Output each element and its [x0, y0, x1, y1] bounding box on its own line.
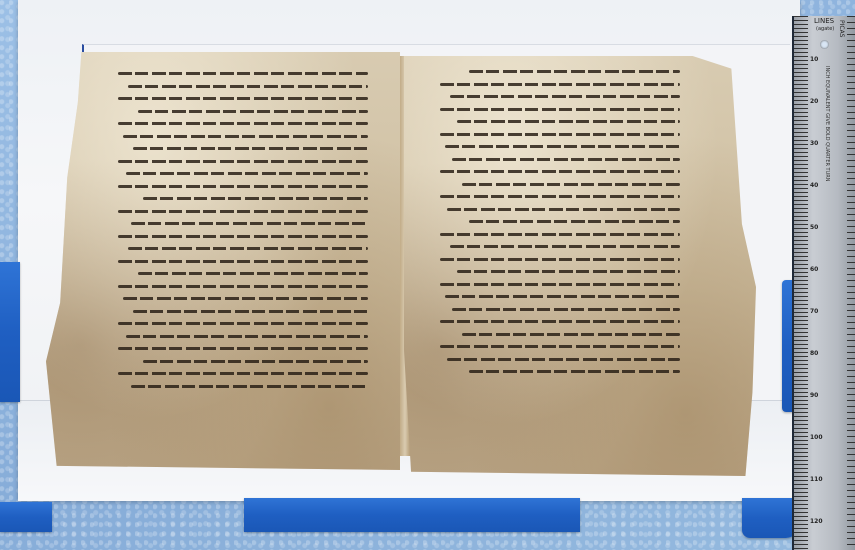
script-line	[450, 95, 680, 98]
ruler-vertical-text: INCH EQUIVALENT GIVE BOLD QUARTER TURN	[824, 66, 830, 182]
script-line	[462, 183, 680, 186]
ruler-number: 20	[810, 98, 818, 105]
script-lines-left	[118, 72, 368, 388]
tape-bottom-left	[0, 502, 52, 532]
script-line	[452, 158, 680, 161]
script-line	[118, 72, 368, 75]
script-line	[123, 135, 368, 138]
script-line	[118, 160, 368, 163]
script-line	[462, 333, 680, 336]
ruler-number: 80	[810, 350, 818, 357]
script-line	[457, 120, 680, 123]
script-line	[118, 322, 368, 325]
script-line	[128, 85, 368, 88]
ruler-ticks-right	[847, 16, 855, 550]
script-line	[118, 260, 368, 263]
script-line	[440, 345, 680, 348]
script-line	[118, 235, 368, 238]
ruler-number: 120	[810, 518, 823, 525]
script-line	[118, 372, 368, 375]
script-line	[143, 197, 368, 200]
script-line	[126, 172, 369, 175]
script-line	[118, 347, 368, 350]
script-line	[440, 233, 680, 236]
script-line	[118, 185, 368, 188]
script-line	[445, 295, 680, 298]
script-line	[440, 258, 680, 261]
script-line	[128, 247, 368, 250]
ruler-number: 30	[810, 140, 818, 147]
script-line	[469, 70, 680, 73]
script-line	[133, 147, 368, 150]
ruler-number: 40	[810, 182, 818, 189]
ruler-number: 110	[810, 476, 823, 483]
script-line	[440, 195, 680, 198]
script-line	[118, 97, 368, 100]
ruler-label-picas: PICAS	[838, 20, 845, 38]
script-line	[123, 297, 368, 300]
tape-bottom	[244, 498, 580, 532]
ruler-number: 90	[810, 392, 818, 399]
script-lines-right	[440, 70, 680, 373]
ruler-number: 100	[810, 434, 823, 441]
ruler-label-lines: LINES	[814, 18, 834, 25]
ruler-hang-hole	[820, 40, 829, 49]
ruler-number: 60	[810, 266, 818, 273]
script-line	[469, 220, 680, 223]
script-line	[138, 272, 368, 275]
script-line	[133, 310, 368, 313]
metal-ruler: LINES (agate) PICAS INCH EQUIVALENT GIVE…	[792, 16, 855, 550]
script-line	[457, 270, 680, 273]
script-line	[445, 145, 680, 148]
ruler-number: 70	[810, 308, 818, 315]
script-line	[440, 320, 680, 323]
script-line	[138, 110, 368, 113]
script-line	[143, 360, 368, 363]
script-line	[469, 370, 680, 373]
script-line	[118, 285, 368, 288]
script-line	[440, 170, 680, 173]
script-line	[447, 208, 680, 211]
script-line	[450, 245, 680, 248]
script-line	[126, 335, 369, 338]
script-line	[452, 308, 680, 311]
script-line	[440, 133, 680, 136]
tape-left	[0, 262, 20, 402]
ruler-number: 10	[810, 56, 818, 63]
script-line	[440, 283, 680, 286]
script-line	[447, 358, 680, 361]
photo-scene: LINES (agate) PICAS INCH EQUIVALENT GIVE…	[0, 0, 855, 550]
script-line	[118, 210, 368, 213]
script-line	[440, 83, 680, 86]
script-line	[131, 385, 369, 388]
script-line	[440, 108, 680, 111]
ruler-ticks-left	[794, 16, 808, 550]
ruler-label-agate: (agate)	[816, 26, 834, 33]
script-line	[118, 122, 368, 125]
script-line	[131, 222, 369, 225]
ruler-number: 50	[810, 224, 818, 231]
